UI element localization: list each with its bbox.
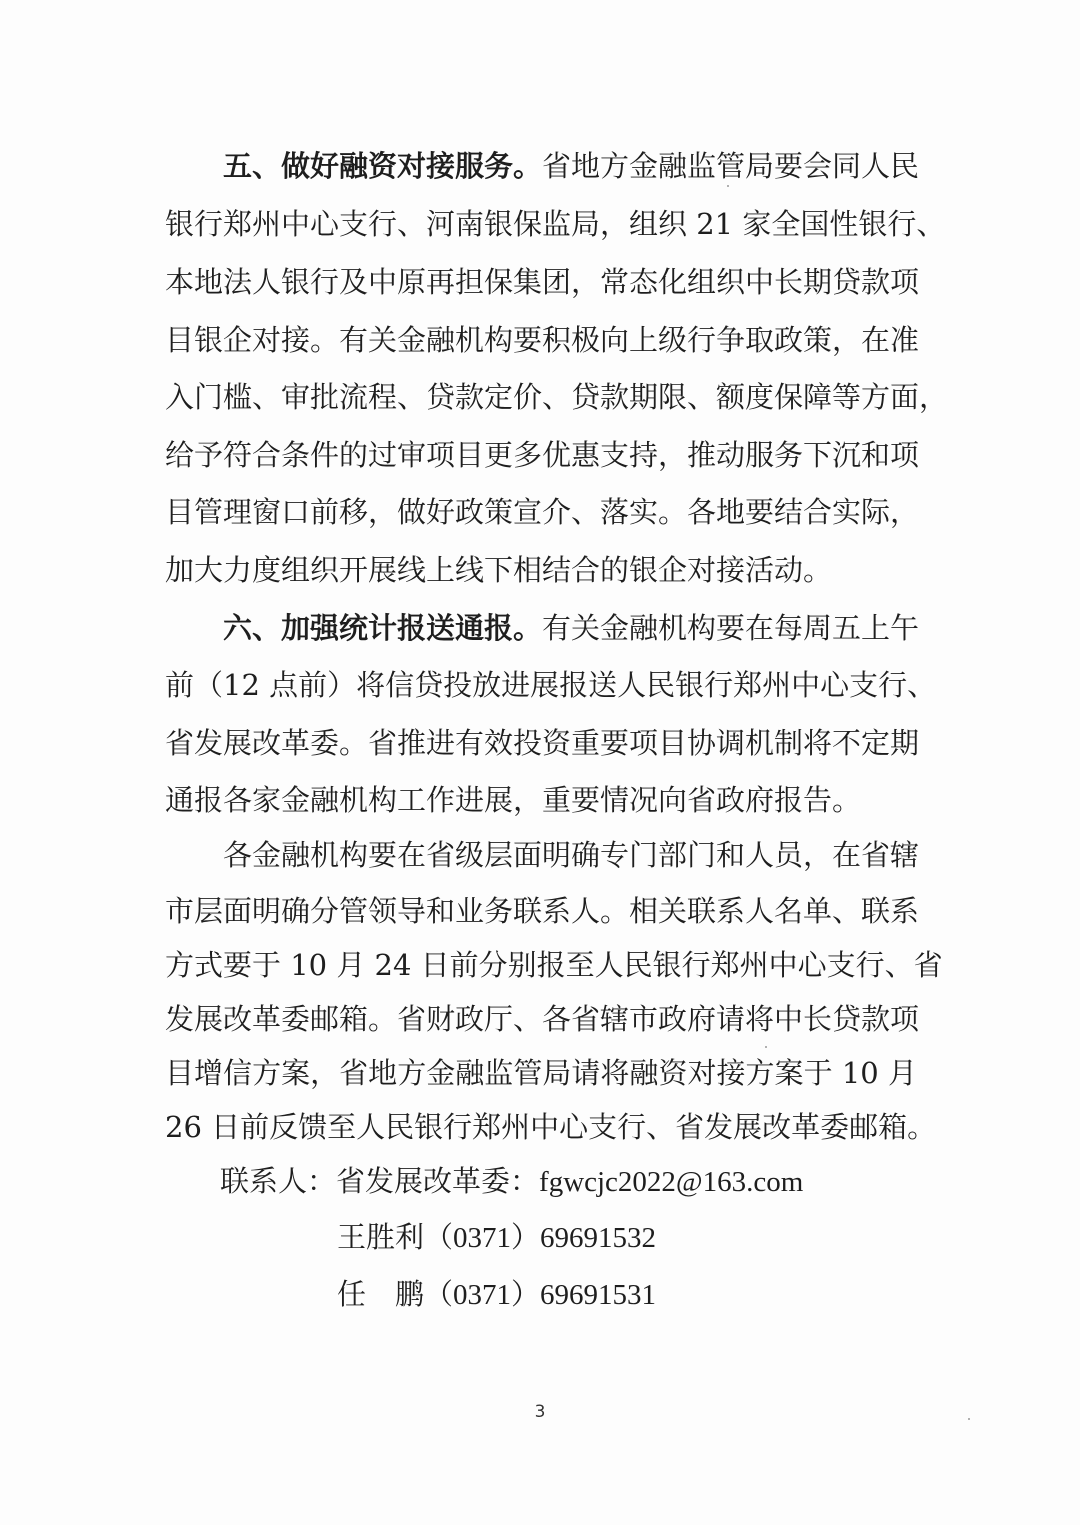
scan-speck <box>727 185 729 187</box>
contact-phone: （0371）69691531 <box>424 1279 656 1311</box>
section6-line-1: 六、加强统计报送通报。有关金融机构要在每周五上午 <box>223 608 917 648</box>
section6-line-2: 前（12 点前）将信贷投放进展报送人民银行郑州中心支行、 <box>165 665 917 705</box>
section5-line-3: 本地法人银行及中原再担保集团，常态化组织中长期贷款项 <box>165 262 917 302</box>
section5-line-8: 加大力度组织开展线上线下相结合的银企对接活动。 <box>165 550 917 590</box>
contact-person-2: 任 鹏（0371）69691531 <box>337 1274 656 1315</box>
contact-name: 王胜利 <box>337 1220 424 1254</box>
contacts-org: 省发展改革委： <box>336 1164 539 1198</box>
section5-line-6: 给予符合条件的过审项目更多优惠支持，推动服务下沉和项 <box>165 435 917 475</box>
section5-line-5: 入门槛、审批流程、贷款定价、贷款期限、额度保障等方面， <box>165 377 917 417</box>
page-number: 3 <box>0 1402 1080 1422</box>
section5-line-2: 银行郑州中心支行、河南银保监局，组织 21 家全国性银行、 <box>165 204 917 244</box>
closing-line-4: 发展改革委邮箱。省财政厅、各省辖市政府请将中长贷款项 <box>165 999 917 1039</box>
contact-phone: （0371）69691532 <box>424 1222 656 1254</box>
section5-heading: 五、做好融资对接服务。 <box>223 149 542 183</box>
contacts-email[interactable]: fgwcjc2022@163.com <box>539 1166 803 1198</box>
closing-line-6: 26 日前反馈至人民银行郑州中心支行、省发展改革委邮箱。 <box>165 1107 917 1147</box>
section6-line-3: 省发展改革委。省推进有效投资重要项目协调机制将不定期 <box>165 723 917 763</box>
section5-line-7: 目管理窗口前移，做好政策宣介、落实。各地要结合实际， <box>165 492 917 532</box>
section5-line-4: 目银企对接。有关金融机构要积极向上级行争取政策，在准 <box>165 320 917 360</box>
contacts-block: 联系人：省发展改革委：fgwcjc2022@163.com <box>220 1161 803 1202</box>
section5-text: 省地方金融监管局要会同人民 <box>542 149 919 183</box>
closing-line-5: 目增信方案，省地方金融监管局请将融资对接方案于 10 月 <box>165 1053 917 1093</box>
contacts-label: 联系人： <box>220 1164 336 1198</box>
closing-line-3: 方式要于 10 月 24 日前分别报至人民银行郑州中心支行、省 <box>165 945 917 985</box>
closing-line-1: 各金融机构要在省级层面明确专门部门和人员，在省辖 <box>223 835 917 875</box>
section5-line-1: 五、做好融资对接服务。省地方金融监管局要会同人民 <box>223 146 917 186</box>
scan-speck <box>968 1418 970 1420</box>
section6-text: 有关金融机构要在每周五上午 <box>542 611 919 645</box>
section6-heading: 六、加强统计报送通报。 <box>223 611 542 645</box>
section6-line-4: 通报各家金融机构工作进展，重要情况向省政府报告。 <box>165 780 917 820</box>
scan-speck <box>765 1046 767 1048</box>
closing-line-2: 市层面明确分管领导和业务联系人。相关联系人名单、联系 <box>165 891 917 931</box>
contact-person-1: 王胜利（0371）69691532 <box>337 1217 656 1258</box>
contact-name: 任 鹏 <box>337 1277 424 1311</box>
document-page: 五、做好融资对接服务。省地方金融监管局要会同人民 银行郑州中心支行、河南银保监局… <box>0 0 1080 1525</box>
